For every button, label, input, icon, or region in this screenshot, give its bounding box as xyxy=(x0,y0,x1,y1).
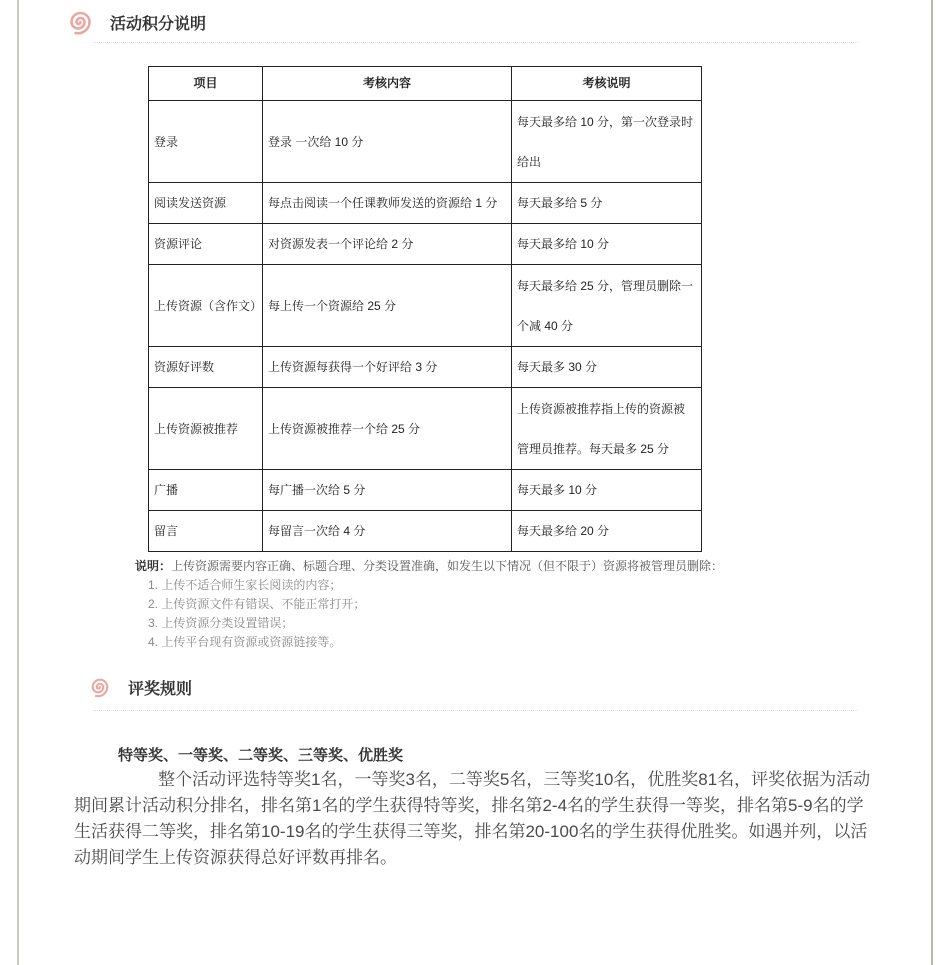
note-item: 4. 上传平台现有资源或资源链接等。 xyxy=(135,633,875,652)
cell-content: 每点击阅读一个任课教师发送的资源给 1 分 xyxy=(263,183,512,224)
table-row: 阅读发送资源 每点击阅读一个任课教师发送的资源给 1 分 每天最多给 5 分 xyxy=(149,183,702,224)
cell-note: 每天最多 10 分 xyxy=(512,470,702,511)
section-title-points: 活动积分说明 xyxy=(110,11,206,34)
section-title-awards: 评奖规则 xyxy=(128,676,192,699)
note-item: 1. 上传不适合师生家长阅读的内容； xyxy=(135,576,875,595)
cell-item: 留言 xyxy=(149,511,263,552)
awards-subtitle: 特等奖、一等奖、二等奖、三等奖、优胜奖 xyxy=(118,744,403,765)
cell-content: 每上传一个资源给 25 分 xyxy=(263,265,512,347)
cell-item: 广播 xyxy=(149,470,263,511)
section-divider xyxy=(93,42,858,43)
cell-content: 对资源发表一个评论给 2 分 xyxy=(263,224,512,265)
spiral-icon xyxy=(64,6,97,38)
note-label: 说明： xyxy=(135,559,171,573)
table-row: 登录 登录 一次给 10 分 每天最多给 10 分，第一次登录时给出 xyxy=(149,101,702,183)
spiral-icon xyxy=(87,674,113,700)
cell-note: 每天最多 30 分 xyxy=(512,347,702,388)
cell-content: 每留言一次给 4 分 xyxy=(263,511,512,552)
table-row: 上传资源被推荐 上传资源被推荐一个给 25 分 上传资源被推荐指上传的资源被管理… xyxy=(149,388,702,470)
cell-note: 每天最多给 10 分，第一次登录时给出 xyxy=(512,101,702,183)
col-header-note: 考核说明 xyxy=(512,67,702,101)
cell-item: 资源好评数 xyxy=(149,347,263,388)
cell-note: 每天最多给 25 分，管理员删除一个减 40 分 xyxy=(512,265,702,347)
cell-content: 登录 一次给 10 分 xyxy=(263,101,512,183)
points-table: 项目 考核内容 考核说明 登录 登录 一次给 10 分 每天最多给 10 分，第… xyxy=(148,66,702,552)
table-row: 上传资源（含作文） 每上传一个资源给 25 分 每天最多给 25 分，管理员删除… xyxy=(149,265,702,347)
cell-content: 每广播一次给 5 分 xyxy=(263,470,512,511)
table-row: 资源评论 对资源发表一个评论给 2 分 每天最多给 10 分 xyxy=(149,224,702,265)
cell-item: 上传资源（含作文） xyxy=(149,265,263,347)
cell-content: 上传资源被推荐一个给 25 分 xyxy=(263,388,512,470)
section-divider xyxy=(93,710,858,711)
cell-item: 上传资源被推荐 xyxy=(149,388,263,470)
note-item: 2. 上传资源文件有错误、不能正常打开； xyxy=(135,595,875,614)
section-header-awards: 评奖规则 xyxy=(87,674,192,700)
note-head: 说明：上传资源需要内容正确、标题合理、分类设置准确，如发生以下情况（但不限于）资… xyxy=(135,557,875,576)
col-header-item: 项目 xyxy=(149,67,263,101)
table-row: 留言 每留言一次给 4 分 每天最多给 20 分 xyxy=(149,511,702,552)
cell-note: 每天最多给 5 分 xyxy=(512,183,702,224)
table-row: 广播 每广播一次给 5 分 每天最多 10 分 xyxy=(149,470,702,511)
awards-paragraph: 整个活动评选特等奖1名，一等奖3名，二等奖5名，三等奖10名，优胜奖81名，评奖… xyxy=(74,767,878,871)
note-item: 3. 上传资源分类设置错误； xyxy=(135,614,875,633)
cell-content: 上传资源每获得一个好评给 3 分 xyxy=(263,347,512,388)
cell-item: 阅读发送资源 xyxy=(149,183,263,224)
note-text: 上传资源需要内容正确、标题合理、分类设置准确，如发生以下情况（但不限于）资源将被… xyxy=(171,559,723,573)
cell-note: 每天最多给 20 分 xyxy=(512,511,702,552)
table-header-row: 项目 考核内容 考核说明 xyxy=(149,67,702,101)
table-row: 资源好评数 上传资源每获得一个好评给 3 分 每天最多 30 分 xyxy=(149,347,702,388)
note-block: 说明：上传资源需要内容正确、标题合理、分类设置准确，如发生以下情况（但不限于）资… xyxy=(135,557,875,652)
page-left-border xyxy=(17,0,19,965)
page-right-border xyxy=(931,0,933,965)
cell-note: 上传资源被推荐指上传的资源被管理员推荐。每天最多 25 分 xyxy=(512,388,702,470)
cell-item: 资源评论 xyxy=(149,224,263,265)
cell-item: 登录 xyxy=(149,101,263,183)
section-header-points: 活动积分说明 xyxy=(64,6,206,38)
cell-note: 每天最多给 10 分 xyxy=(512,224,702,265)
col-header-content: 考核内容 xyxy=(263,67,512,101)
